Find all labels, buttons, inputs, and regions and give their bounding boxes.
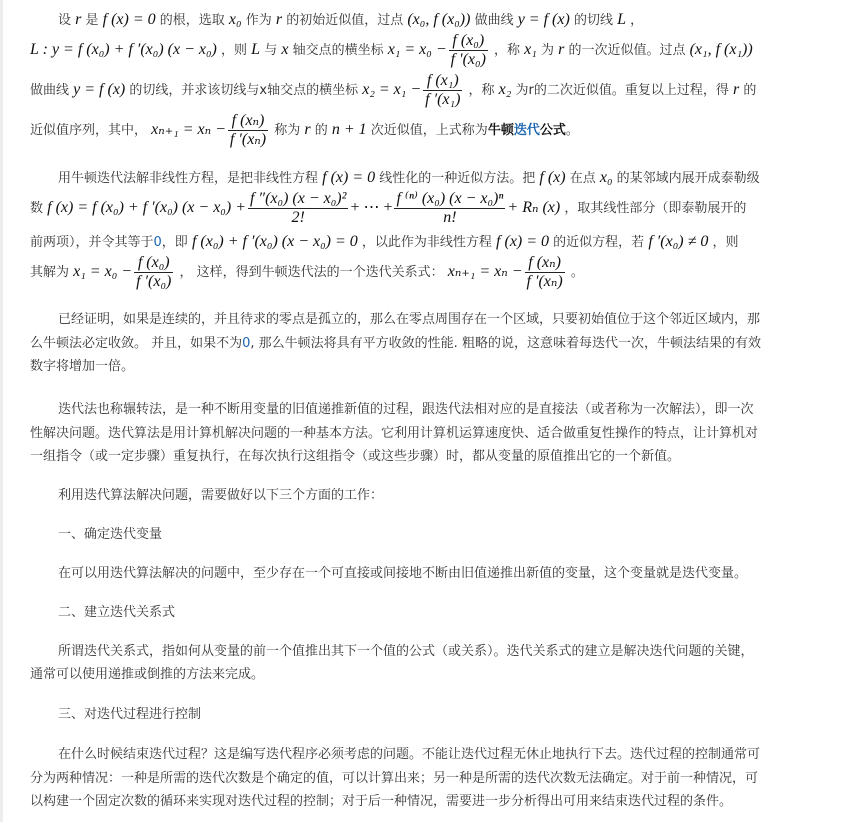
p8-line3: 以构建一个固定次数的循环来实现对迭代过程的控制；对于后一种情况，需要进一步分析得… (30, 792, 732, 812)
p2-line2: 数 f (x) = f (x₀) + f ′(x₀) (x − x₀) +f ″… (30, 188, 746, 229)
p3-line2: 么牛顿法必定收敛。 并且，如果不为0, 那么牛顿法将具有平方收敛的性能. 粗略的… (30, 334, 761, 354)
p5: 利用迭代算法解决问题，需要做好以下三个方面的工作： (58, 486, 383, 506)
p7-line1: 所谓迭代关系式，指如何从变量的前一个值推出其下一个值的公式（或关系）。迭代关系式… (58, 642, 754, 662)
fraction: f (xₙ)f ′(xₙ) (228, 112, 268, 149)
p2-line1: 用牛顿迭代法解非线性方程，是把非线性方程 f (x) = 0 线性化的一种近似方… (58, 168, 760, 189)
left-border (0, 0, 3, 822)
p1-line1: 设 r 是 f (x) = 0 的根，选取 x₀ 作为 r 的初始近似值，过点 … (58, 10, 643, 31)
p1-line4: 近似值序列，其中， xₙ₊₁ = xₙ −f (xₙ)f ′(xₙ) 称为 r … (30, 110, 579, 151)
p4-line3: 一组指令（或一定步骤）重复执行，在每次执行这组指令（或这些步骤）时，都从变量的原… (30, 447, 680, 467)
link-iteration[interactable]: 迭代 (514, 123, 540, 138)
p7-line2: 通常可以使用递推或倒推的方法来完成。 (30, 665, 264, 685)
fraction: f (x₁)f ′(x₁) (423, 72, 462, 109)
heading-3: 三、对迭代过程进行控制 (58, 705, 201, 725)
p4-line1: 迭代法也称辗转法，是一种不断用变量的旧值递推新值的过程，跟迭代法相对应的是直接法… (58, 400, 754, 420)
p1-line2: L : y = f (x₀) + f ′(x₀) (x − x₀) ，则 L 与… (30, 30, 753, 71)
fraction: f (x₀)f ′(x₀) (449, 32, 488, 69)
p4-line2: 性解决问题。迭代算法是用计算机解决问题的一种基本方法。它利用计算机运算速度快、适… (30, 424, 758, 444)
heading-2: 二、建立迭代关系式 (58, 603, 175, 623)
p1-line3: 做曲线 y = f (x) 的切线，并求该切线与x轴交点的横坐标 x₂ = x₁… (30, 70, 756, 111)
p2-line4: 其解为 x₁ = x₀ −f (x₀)f ′(x₀) ， 这样，得到牛顿迭代法的… (30, 252, 584, 293)
heading-1: 一、确定迭代变量 (58, 525, 162, 545)
fraction: f (xₙ)f ′(xₙ) (525, 254, 565, 291)
p8-line2: 分为两种情况：一种是所需的迭代次数是个确定的值，可以计算出来；另一种是所需的迭代… (30, 769, 758, 789)
fraction: f ⁽ⁿ⁾ (x₀) (x − x₀)ⁿn! (394, 190, 505, 227)
p3-line3: 数字将增加一倍。 (30, 357, 134, 377)
p2-line3: 前两项），并令其等于0，即 f (x₀) + f ′(x₀) (x − x₀) … (30, 232, 739, 253)
p3-line1: 已经证明，如果是连续的，并且待求的零点是孤立的，那么在零点周围存在一个区域，只要… (58, 310, 760, 330)
fraction: f (x₀)f ′(x₀) (134, 254, 173, 291)
p8-line1: 在什么时候结束迭代过程？这是编写迭代程序必须考虑的问题。不能让迭代过程无休止地执… (58, 745, 760, 765)
fraction: f ″(x₀) (x − x₀)²2! (248, 190, 348, 227)
p6: 在可以用迭代算法解决的问题中，至少存在一个可直接或间接地不断由旧值递推出新值的变… (58, 564, 747, 584)
